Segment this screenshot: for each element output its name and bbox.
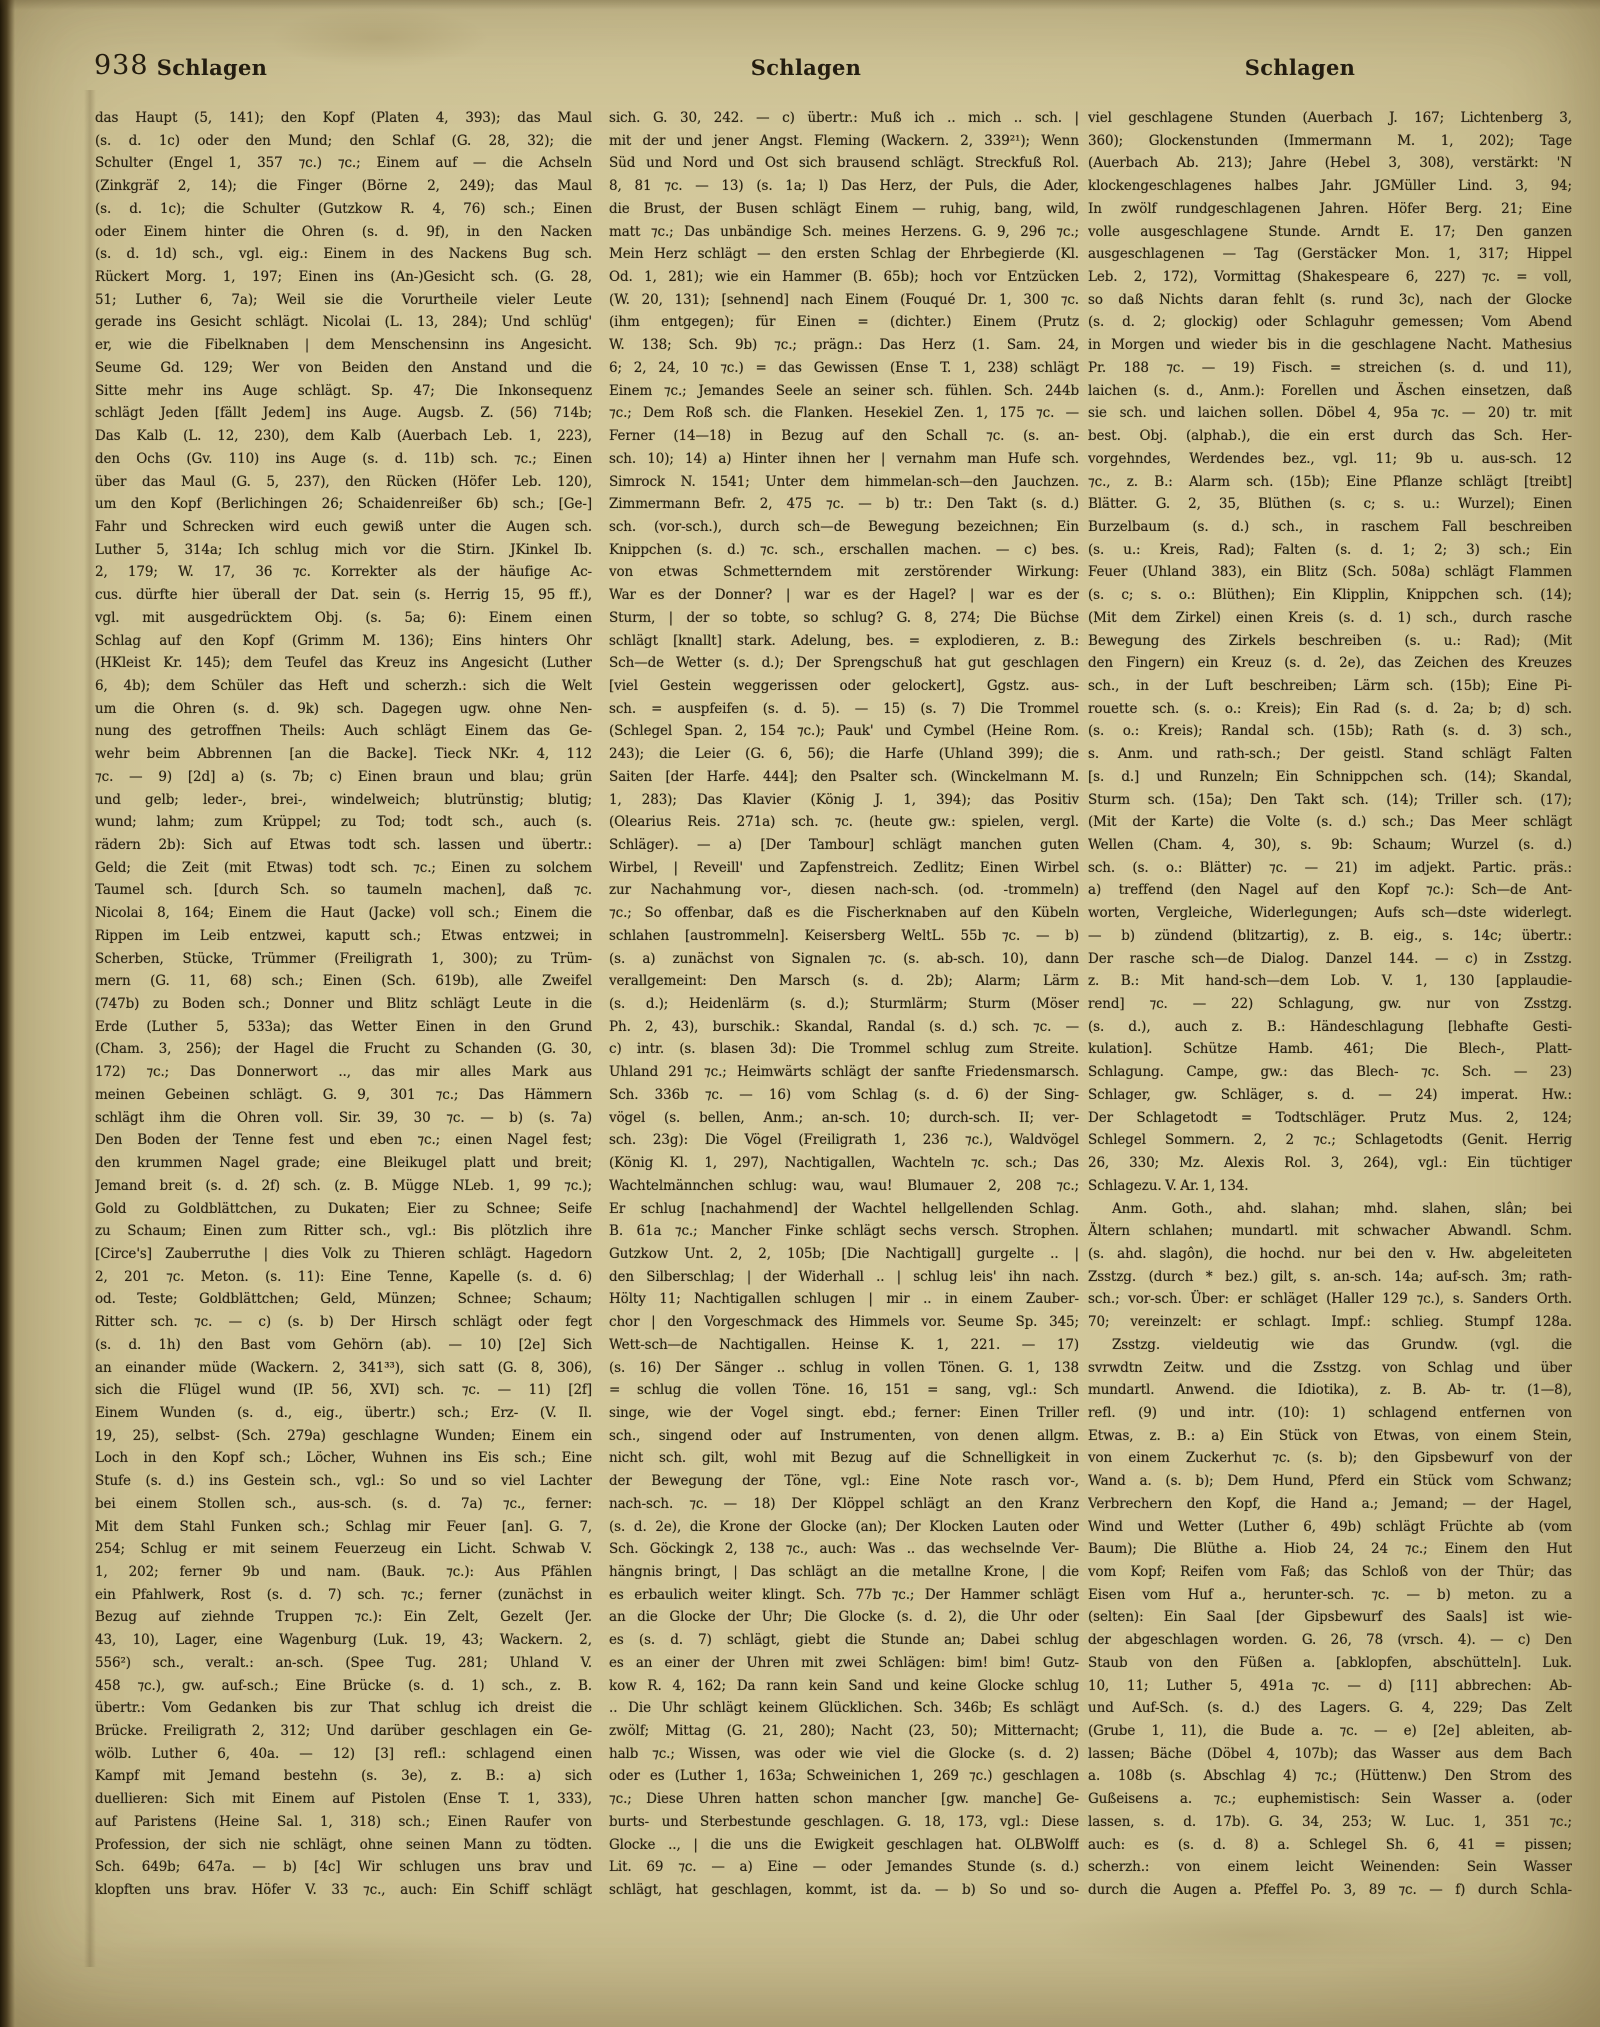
text-line: ⁊c.; Diese Uhren hatten schon mancher [g… — [609, 1788, 1079, 1811]
paper-stain — [60, 1930, 560, 1990]
text-line: singe, wie der Vogel singt. ebd.; ferner… — [609, 1402, 1079, 1425]
text-line: Baum); Die Blüthe a. Hiob 24, 24 ⁊c.; Ei… — [1088, 1538, 1572, 1561]
text-line: sch. 23g): Die Vögel (Freiligrath 1, 236… — [609, 1129, 1079, 1152]
text-line: vorgehndes, Werdendes bez., vgl. 11; 9b … — [1088, 448, 1572, 471]
scan-edge-shadow — [0, 0, 15, 2027]
text-line: (s. d.); Heidenlärm (s. d.); Sturmlärm; … — [609, 993, 1079, 1016]
text-line: Saiten [der Harfe. 444]; den Psalter sch… — [609, 766, 1079, 789]
text-line: die Brust, der Busen schlägt Einem — ruh… — [609, 198, 1079, 221]
text-line: Bezug auf ziehnde Truppen ⁊c.): Ein Zelt… — [95, 1606, 592, 1629]
text-line: (Cham. 3, 256); der Hagel die Frucht zu … — [95, 1038, 592, 1061]
text-line: verallgemeint: Den Marsch (s. d. 2b); Al… — [609, 970, 1079, 993]
text-line: Einem ⁊c.; Jemandes Seele an seiner sch.… — [609, 380, 1079, 403]
text-line: wehr beim Abbrennen [an die Backe]. Tiec… — [95, 743, 592, 766]
text-line: (Grube 1, 11), die Bude a. ⁊c. — e) [2e]… — [1088, 1720, 1572, 1743]
text-line: laichen (s. d., Anm.): Forellen und Äsch… — [1088, 380, 1572, 403]
text-line: Rückert Morg. 1, 197; Einen ins (An-)Ges… — [95, 266, 592, 289]
text-line: cus. dürfte hier überall der Dat. sein (… — [95, 584, 592, 607]
text-line: 243); die Leier (G. 6, 56); die Harfe (U… — [609, 743, 1079, 766]
text-line: ⁊c., z. B.: Alarm sch. (15b); Eine Pflan… — [1088, 471, 1572, 494]
text-line: durch die Augen a. Pfeffel Po. 3, 89 ⁊c.… — [1088, 1879, 1572, 1902]
text-line: Ritter sch. ⁊c. — c) (s. b) Der Hirsch s… — [95, 1311, 592, 1334]
text-line: 1, 202; ferner 9b und nam. (Bauk. ⁊c.): … — [95, 1561, 592, 1584]
text-line: Glocke .., | die uns die Ewigkeit geschl… — [609, 1834, 1079, 1857]
text-line: Einem Wunden (s. d., eig., übertr.) sch.… — [95, 1402, 592, 1425]
text-line: Fahr und Schrecken wird euch gewiß unter… — [95, 516, 592, 539]
text-line: klopften uns brav. Höfer V. 33 ⁊c., auch… — [95, 1879, 592, 1902]
text-line: oder es (Luther 1, 163a; Schweinichen 1,… — [609, 1765, 1079, 1788]
text-line: Luther 5, 314a; Ich schlug mich vor die … — [95, 539, 592, 562]
text-line: (s. a) zunächst von Signalen ⁊c. (s. ab-… — [609, 948, 1079, 971]
text-line: das Haupt (5, 141); den Kopf (Platen 4, … — [95, 107, 592, 130]
text-line: = schlug die vollen Töne. 16, 151 = sang… — [609, 1379, 1079, 1402]
text-line: Gutzkow Unt. 2, 2, 105b; [Die Nachtigall… — [609, 1243, 1079, 1266]
dictionary-page: 938 Schlagen Schlagen Schlagen das Haupt… — [0, 0, 1600, 2027]
text-line: meinen Gebeinen schlägt. G. 9, 301 ⁊c.; … — [95, 1084, 592, 1107]
text-line: auch: es (s. d. 8) a. Schlegel Sh. 6, 41… — [1088, 1834, 1572, 1857]
text-line: vgl. mit ausgedrücktem Obj. (s. 5a; 6): … — [95, 607, 592, 630]
text-line: s. Anm. und rath-sch.; Der geistl. Stand… — [1088, 743, 1572, 766]
text-line: Schlag auf den Kopf (Grimm M. 136); Eins… — [95, 630, 592, 653]
text-line: Er schlug [nachahmend] der Wachtel hellg… — [609, 1198, 1079, 1221]
text-line: vom Kopf; Reifen vom Faß; das Schloß von… — [1088, 1561, 1572, 1584]
text-line: (s. u.: Kreis, Rad); Falten (s. d. 1; 2;… — [1088, 539, 1572, 562]
text-line: von etwas Schmetterndem mit zerstörender… — [609, 561, 1079, 584]
text-line: War es der Donner? | war es der Hagel? |… — [609, 584, 1079, 607]
text-line: Hölty 11; Nachtigallen schlugen | mir ..… — [609, 1288, 1079, 1311]
text-line: über das Maul (G. 5, 237), den Rücken (H… — [95, 471, 592, 494]
text-line: Sturm sch. (15a); Den Takt sch. (14); Tr… — [1088, 789, 1572, 812]
text-line: Mit dem Stahl Funken sch.; Schlag mir Fe… — [95, 1516, 592, 1539]
scan-top-shadow — [0, 0, 1600, 10]
text-line: (Zinkgräf 2, 14); die Finger (Börne 2, 2… — [95, 175, 592, 198]
text-line: bei einem Stollen sch., aus-sch. (s. d. … — [95, 1493, 592, 1516]
text-line: Staub von den Füßen a. [abklopfen, absch… — [1088, 1652, 1572, 1675]
text-line: Der rasche sch—de Dialog. Danzel 144. — … — [1088, 948, 1572, 971]
text-line: lassen; Bäche (Döbel 4, 107b); das Wasse… — [1088, 1743, 1572, 1766]
text-line: 2, 201 ⁊c. Meton. (s. 11): Eine Tenne, K… — [95, 1266, 592, 1289]
text-line: es erbaulich weiter klingt. Sch. 77b ⁊c.… — [609, 1584, 1079, 1607]
text-line: sie sch. und laichen sollen. Döbel 4, 95… — [1088, 402, 1572, 425]
text-line: (s. d.), auch z. B.: Händeschlagung [leb… — [1088, 1016, 1572, 1039]
text-line: 19, 25), selbst- (Sch. 279a) geschlagne … — [95, 1425, 592, 1448]
text-line: — b) zündend (blitzartig), z. B. eig., s… — [1088, 925, 1572, 948]
text-line: 6; 2, 24, 10 ⁊c.) = das Gewissen (Ense T… — [609, 357, 1079, 380]
text-line: Seume Gd. 129; Wer von Beiden den Anstan… — [95, 357, 592, 380]
text-line: in Morgen und wieder bis in die geschlag… — [1088, 334, 1572, 357]
text-line: Etwas, z. B.: a) Ein Stück von Etwas, vo… — [1088, 1425, 1572, 1448]
text-line: schlägt, hat geschlagen, kommt, ist da. … — [609, 1879, 1079, 1902]
text-line: (s. ahd. slagôn), die hochd. nur bei den… — [1088, 1243, 1572, 1266]
text-line: Pr. 188 ⁊c. — 19) Fisch. = streichen (s.… — [1088, 357, 1572, 380]
text-line: an einander müde (Wackern. 2, 341³³), si… — [95, 1357, 592, 1380]
text-line: und Auf-Sch. (s. d.) des Lagers. G. 4, 2… — [1088, 1697, 1572, 1720]
text-line: wund; lahm; zum Krüppel; zu Tod; todt sc… — [95, 811, 592, 834]
text-line: (s. d. 1c); die Schulter (Gutzkow R. 4, … — [95, 198, 592, 221]
text-line: (s. o.: Kreis); Randal sch. (15b); Rath … — [1088, 720, 1572, 743]
text-line: Leb. 2, 172), Vormittag (Shakespeare 6, … — [1088, 266, 1572, 289]
text-line: klockengeschlagenes halbes Jahr. JGMülle… — [1088, 175, 1572, 198]
text-line: Sch. Göckingk 2, 138 ⁊c., auch: Was .. d… — [609, 1538, 1079, 1561]
text-line: (Schlegel Span. 2, 154 ⁊c.); Pauk' und C… — [609, 720, 1079, 743]
text-line: sich die Flügel wund (IP. 56, XVI) sch. … — [95, 1379, 592, 1402]
text-line: (ihm entgegen); für Einen = (dichter.) E… — [609, 311, 1079, 334]
text-line: (747b) zu Boden sch.; Donner und Blitz s… — [95, 993, 592, 1016]
text-line: 556²) sch., veralt.: an-sch. (Spee Tug. … — [95, 1652, 592, 1675]
text-line: In zwölf rundgeschlagenen Jahren. Höfer … — [1088, 198, 1572, 221]
text-line: ⁊c.; So offenbar, daß es die Fischerknab… — [609, 902, 1079, 925]
text-line: z. B.: Mit hand-sch—dem Lob. V. 1, 130 [… — [1088, 970, 1572, 993]
text-line: Den Boden der Tenne fest und eben ⁊c.; e… — [95, 1129, 592, 1152]
text-line: Uhland 291 ⁊c.; Heimwärts schlägt der sa… — [609, 1061, 1079, 1084]
text-line: sch. 10); 14) a) Hinter ihnen her | vern… — [609, 448, 1079, 471]
text-line: Gußeisens a. ⁊c.; euphemistisch: Sein Wa… — [1088, 1788, 1572, 1811]
text-line: kulation]. Schütze Hamb. 461; Die Blech-… — [1088, 1038, 1572, 1061]
text-line: Wand a. (s. b); Dem Hund, Pferd ein Stüc… — [1088, 1470, 1572, 1493]
text-line: sch. = auspfeifen (s. d. 5). — 15) (s. 7… — [609, 698, 1079, 721]
text-line: Schlagezu. V. Ar. 1, 134. — [1088, 1175, 1572, 1198]
text-line: den Ochs (Gv. 110) ins Auge (s. d. 11b) … — [95, 448, 592, 471]
text-line: 360); Glockenstunden (Immermann M. 1, 20… — [1088, 130, 1572, 153]
text-line: schlägt Jeden [fällt Jedem] ins Auge. Au… — [95, 402, 592, 425]
text-line: es (s. d. 7) schlägt, giebt die Stunde a… — [609, 1629, 1079, 1652]
text-line: um die Ohren (s. d. 9k) sch. Dagegen ugw… — [95, 698, 592, 721]
text-line: 26, 330; Mz. Alexis Rol. 3, 264), vgl.: … — [1088, 1152, 1572, 1175]
text-line: sch. (vor-sch.), durch sch—de Bewegung b… — [609, 516, 1079, 539]
text-line: mundartl. Anwend. die Idiotika), z. B. A… — [1088, 1379, 1572, 1402]
text-line: halb ⁊c.; Wissen, was oder wie viel die … — [609, 1743, 1079, 1766]
running-head-col2: Schlagen — [751, 55, 862, 80]
text-line: den Fingern) ein Kreuz (s. d. 2e), das Z… — [1088, 652, 1572, 675]
text-line: (s. d. 1d) sch., vgl. eig.: Einem in des… — [95, 243, 592, 266]
text-line: 43, 10), Lager, eine Wagenburg (Luk. 19,… — [95, 1629, 592, 1652]
text-line: der abgeschlagen worden. G. 26, 78 (vrsc… — [1088, 1629, 1572, 1652]
text-column-1: das Haupt (5, 141); den Kopf (Platen 4, … — [95, 107, 592, 1905]
text-line: a) treffend (den Nagel auf den Kopf ⁊c.)… — [1088, 879, 1572, 902]
text-line: (Auerbach Ab. 213); Jahre (Hebel 3, 308)… — [1088, 152, 1572, 175]
text-line: den krummen Nagel grade; eine Bleikugel … — [95, 1152, 592, 1175]
text-line: lassen, s. d. 17b). G. 34, 253; W. Luc. … — [1088, 1811, 1572, 1834]
text-line: Süd und Nord und Ost sich brausend schlä… — [609, 152, 1079, 175]
text-line: 458 ⁊c.), gw. auf-sch.; Eine Brücke (s. … — [95, 1675, 592, 1698]
text-line: Sturm, | der so tobte, so schlug? G. 8, … — [609, 607, 1079, 630]
text-line: sch.; vor-sch. Über: er schläget (Haller… — [1088, 1288, 1572, 1311]
text-line: worten, Vergleiche, Widerlegungen; Aufs … — [1088, 902, 1572, 925]
text-line: duellieren: Sich mit Einem auf Pistolen … — [95, 1788, 592, 1811]
text-column-3: viel geschlagene Stunden (Auerbach J. 16… — [1088, 107, 1572, 1905]
text-line: refl. (9) und intr. (10): 1) schlagend e… — [1088, 1402, 1572, 1425]
text-line: (Mit dem Zirkel) einen Kreis (s. d. 1) s… — [1088, 607, 1572, 630]
text-line: Wind und Wetter (Luther 6, 49b) schlägt … — [1088, 1516, 1572, 1539]
text-line: Schulter (Engel 1, 357 ⁊c.) ⁊c.; Einem a… — [95, 152, 592, 175]
text-line: Schlager, gw. Schläger, s. d. — 24) impe… — [1088, 1084, 1572, 1107]
text-line: (Olearius Reis. 271a) sch. ⁊c. (heute gw… — [609, 811, 1079, 834]
text-line: den Silberschlag; | der Widerhall .. | s… — [609, 1266, 1079, 1289]
text-line: Sch. 649b; 647a. — b) [4c] Wir schlugen … — [95, 1856, 592, 1879]
text-line: Rippen im Leib entzwei, kaputt sch.; Etw… — [95, 925, 592, 948]
text-line: ⁊c.; Dem Roß sch. die Flanken. Hesekiel … — [609, 402, 1079, 425]
text-line: Jemand breit (s. d. 2f) sch. (z. B. Mügg… — [95, 1175, 592, 1198]
text-line: so daß Nichts daran fehlt (s. rund 3c), … — [1088, 289, 1572, 312]
page-number: 938 — [94, 50, 149, 81]
text-line: Wirbel, | Reveill' und Zapfenstreich. Ze… — [609, 857, 1079, 880]
text-line: 10, 11; Luther 5, 491a ⁊c. — d) [11] abb… — [1088, 1675, 1572, 1698]
text-line: 51; Luther 6, 7a); Weil sie die Vorurthe… — [95, 289, 592, 312]
paper-stain — [1050, 1900, 1470, 1970]
text-line: Gold zu Goldblättchen, zu Dukaten; Eier … — [95, 1198, 592, 1221]
text-line: an die Glocke der Uhr; Die Glocke (s. d.… — [609, 1606, 1079, 1629]
text-line: der Bewegung der Töne, vgl.: Eine Note r… — [609, 1470, 1079, 1493]
text-line: hängnis bringt, | Das schlägt an die met… — [609, 1561, 1079, 1584]
text-line: kow R. 4, 162; Da rann kein Sand und kei… — [609, 1675, 1079, 1698]
text-line: Od. 1, 281); wie ein Hammer (B. 65b); ho… — [609, 266, 1079, 289]
text-line: zwölf; Mittag (G. 21, 280); Nacht (23, 5… — [609, 1720, 1079, 1743]
text-line: Blätter. G. 2, 35, Blüthen (s. c; s. u.:… — [1088, 493, 1572, 516]
running-head-col3: Schlagen — [1245, 55, 1356, 80]
text-line: (s. d. 1c) oder den Mund; den Schlaf (G.… — [95, 130, 592, 153]
text-line: wölb. Luther 6, 40a. — 12) [3] refl.: sc… — [95, 1743, 592, 1766]
text-line: von einem Zuckerhut ⁊c. (s. b); den Gips… — [1088, 1447, 1572, 1470]
text-line: Der Schlagetodt = Todtschläger. Prutz Mu… — [1088, 1107, 1572, 1130]
text-line: nicht sch. gilt, wohl mit Bezug auf die … — [609, 1447, 1079, 1470]
text-line: schlägt [knallt] stark. Adelung, bes. = … — [609, 630, 1079, 653]
text-line: 254; Schlug er mit seinem Feuerzeug ein … — [95, 1538, 592, 1561]
text-line: Zsstzg. (durch * bez.) gilt, s. an-sch. … — [1088, 1266, 1572, 1289]
text-line: mit der und jener Angst. Fleming (Wacker… — [609, 130, 1079, 153]
text-line: od. Teste; Goldblättchen; Geld, Münzen; … — [95, 1288, 592, 1311]
text-line: 2, 179; W. 17, 36 ⁊c. Korrekter als der … — [95, 561, 592, 584]
text-line: Simrock N. 1541; Unter dem himmelan-sch—… — [609, 471, 1079, 494]
text-line: rädern 2b): Sich auf Etwas todt sch. las… — [95, 834, 592, 857]
text-line: Das Kalb (L. 12, 230), dem Kalb (Auerbac… — [95, 425, 592, 448]
text-line: Wett-sch—de Nachtigallen. Heinse K. 1, 2… — [609, 1334, 1079, 1357]
text-line: svrwdtn Zeitw. und die Zsstzg. von Schla… — [1088, 1357, 1572, 1380]
text-line: chor | den Vorgeschmack des Himmels vor.… — [609, 1311, 1079, 1334]
text-line: Kampf mit Jemand bestehn (s. 3e), z. B.:… — [95, 1765, 592, 1788]
text-line: Schlagung. Campe, gw.: das Blech- ⁊c. Sc… — [1088, 1061, 1572, 1084]
text-line: Zsstzg. vieldeutig wie das Grundw. (vgl.… — [1088, 1334, 1572, 1357]
text-line: (Mit der Karte) die Volte (s. d.) sch.; … — [1088, 811, 1572, 834]
text-line: [viel Gestein weggerissen oder gelockert… — [609, 675, 1079, 698]
text-line: scherzh.: von einem leicht Weinenden: Se… — [1088, 1856, 1572, 1879]
text-line: Verbrechern den Kopf, die Hand a.; Jeman… — [1088, 1493, 1572, 1516]
text-line: W. 138; Sch. 9b) ⁊c.; prägn.: Das Herz (… — [609, 334, 1079, 357]
text-line: .. Die Uhr schlägt keinem Glücklichen. S… — [609, 1697, 1079, 1720]
text-line: Wachtelmännchen schlug: wau, wau! Blumau… — [609, 1175, 1079, 1198]
text-line: auf Paristens (Heine Sal. 1, 318) sch.; … — [95, 1811, 592, 1834]
text-line: sch., in der Luft beschreiben; Lärm sch.… — [1088, 675, 1572, 698]
text-line: (s. 16) Der Sänger .. schlug in vollen T… — [609, 1357, 1079, 1380]
text-line: best. Obj. (alphab.), die ein erst durch… — [1088, 425, 1572, 448]
text-line: Sch. 336b ⁊c. — 16) vom Schlag (s. d. 6)… — [609, 1084, 1079, 1107]
text-line: Bewegung des Zirkels beschreiben (s. u.:… — [1088, 630, 1572, 653]
text-line: sich. G. 30, 242. — c) übertr.: Muß ich … — [609, 107, 1079, 130]
text-line: viel geschlagene Stunden (Auerbach J. 16… — [1088, 107, 1572, 130]
text-line: Geld; die Zeit (mit Etwas) todt sch. ⁊c.… — [95, 857, 592, 880]
text-line: Eisen vom Huf a., herunter-sch. ⁊c. — b)… — [1088, 1584, 1572, 1607]
text-line: Wellen (Cham. 4, 30), s. 9b: Schaum; Wur… — [1088, 834, 1572, 857]
text-line: nach-sch. ⁊c. — 18) Der Klöppel schlägt … — [609, 1493, 1079, 1516]
text-line: schlahen [austrommeln]. Keisersberg Welt… — [609, 925, 1079, 948]
text-line: 70; vereinzelt: er schlagt. Impf.: schli… — [1088, 1311, 1572, 1334]
text-line: c) intr. (s. blasen 3d): Die Trommel sch… — [609, 1038, 1079, 1061]
text-line: Sitte mehr ins Auge schlägt. Sp. 47; Die… — [95, 380, 592, 403]
text-line: vögel (s. bellen, Anm.; an-sch. 10; durc… — [609, 1107, 1079, 1130]
text-line: ⁊c. — 9) [2d] a) (s. 7b; c) Einen braun … — [95, 766, 592, 789]
text-line: Stufe (s. d.) ins Gestein sch., vgl.: So… — [95, 1470, 592, 1493]
text-line: Anm. Goth., ahd. slahan; mhd. slahen, sl… — [1088, 1198, 1572, 1221]
text-line: sch., singend oder auf Instrumenten, von… — [609, 1425, 1079, 1448]
text-line: Scherben, Stücke, Trümmer (Freiligrath 1… — [95, 948, 592, 971]
text-line: Sch—de Wetter (s. d.); Der Sprengschuß h… — [609, 652, 1079, 675]
text-line: 6, 4b); dem Schüler das Heft und scherzh… — [95, 675, 592, 698]
text-line: um den Kopf (Berlichingen 26; Schaidenre… — [95, 493, 592, 516]
text-line: Knippchen (s. d.) ⁊c. sch., erschallen m… — [609, 539, 1079, 562]
text-line: oder Einem hinter die Ohren (s. d. 9f), … — [95, 221, 592, 244]
text-line: und gelb; leder-, brei-, windelweich; bl… — [95, 789, 592, 812]
text-line: ein Pfahlwerk, Rost (s. d. 7) sch. ⁊c.; … — [95, 1584, 592, 1607]
text-line: [s. d.] und Runzeln; Ein Schnippchen sch… — [1088, 766, 1572, 789]
text-line: er, wie die Fibelknaben | dem Menschensi… — [95, 334, 592, 357]
text-line: 8, 81 ⁊c. — 13) (s. 1a; l) Das Herz, der… — [609, 175, 1079, 198]
text-line: übertr.: Vom Gedanken bis zur That schlu… — [95, 1697, 592, 1720]
text-line: nung des getroffnen Theils: Auch schlägt… — [95, 720, 592, 743]
text-line: ausgeschlagenen — Tag (Gerstäcker Mon. 1… — [1088, 243, 1572, 266]
text-line: zur Nachahmung vor-, diesen nach-sch. (o… — [609, 879, 1079, 902]
text-line: Schläger). — a) [Der Tambour] schlägt ma… — [609, 834, 1079, 857]
text-line: (s. c; s. o.: Blüthen); Ein Klipplin, Kn… — [1088, 584, 1572, 607]
text-line: (W. 20, 131); [sehnend] nach Einem (Fouq… — [609, 289, 1079, 312]
text-line: 172) ⁊c.; Das Donnerwort .., das mir all… — [95, 1061, 592, 1084]
text-line: Zimmermann Befr. 2, 475 ⁊c. — b) tr.: De… — [609, 493, 1079, 516]
text-line: schlägt ihm die Ohren voll. Sir. 39, 30 … — [95, 1107, 592, 1130]
text-line: matt ⁊c.; Das unbändige Sch. meines Herz… — [609, 221, 1079, 244]
text-line: (König Kl. 1, 297), Nachtigallen, Wachte… — [609, 1152, 1079, 1175]
text-line: es an einer der Uhren mit zwei Schlägen:… — [609, 1652, 1079, 1675]
text-line: Taumel sch. [durch Sch. so taumeln mache… — [95, 879, 592, 902]
text-line: Lit. 69 ⁊c. — a) Eine — oder Jemandes St… — [609, 1856, 1079, 1879]
text-line: mern (G. 11, 68) sch.; Einen (Sch. 619b)… — [95, 970, 592, 993]
text-line: rouette sch. (s. o.: Kreis); Ein Rad (s.… — [1088, 698, 1572, 721]
text-line: (s. d. 2; glockig) oder Schlaguhr gemess… — [1088, 311, 1572, 334]
text-line: (s. d. 1h) den Bast vom Gehörn (ab). — 1… — [95, 1334, 592, 1357]
text-line: rend] ⁊c. — 22) Schlagung, gw. nur von Z… — [1088, 993, 1572, 1016]
text-column-2: sich. G. 30, 242. — c) übertr.: Muß ich … — [609, 107, 1079, 1905]
text-line: volle ausgeschlagene Stunde. Arndt E. 17… — [1088, 221, 1572, 244]
text-line: (s. d. 2e), die Krone der Glocke (an); D… — [609, 1516, 1079, 1539]
text-line: (HKleist Kr. 145); dem Teufel das Kreuz … — [95, 652, 592, 675]
text-line: B. 61a ⁊c.; Mancher Finke schlägt sechs … — [609, 1220, 1079, 1243]
text-line: Ferner (14—18) in Bezug auf den Schall ⁊… — [609, 425, 1079, 448]
text-line: Loch in den Kopf sch.; Löcher, Wuhnen in… — [95, 1447, 592, 1470]
text-line: sch. (s. o.: Blätter) ⁊c. — 21) im adjek… — [1088, 857, 1572, 880]
text-line: Burzelbaum (s. d.) sch., in raschem Fall… — [1088, 516, 1572, 539]
text-line: gerade ins Gesicht schlägt. Nicolai (L. … — [95, 311, 592, 334]
text-line: Nicolai 8, 164; Einem die Haut (Jacke) v… — [95, 902, 592, 925]
text-line: Profession, der sich nie schlägt, ohne s… — [95, 1834, 592, 1857]
text-line: Ältern schlahen; mundartl. mit schwacher… — [1088, 1220, 1572, 1243]
text-line: (selten): Ein Saal [der Gipsbewurf des S… — [1088, 1606, 1572, 1629]
text-line: 1, 283); Das Klavier (König J. 1, 394); … — [609, 789, 1079, 812]
running-head-col1: Schlagen — [157, 55, 268, 80]
text-line: Erde (Luther 5, 533a); das Wetter Einen … — [95, 1016, 592, 1039]
text-line: Brücke. Freiligrath 2, 312; Und darüber … — [95, 1720, 592, 1743]
text-line: Ph. 2, 43), burschik.: Skandal, Randal (… — [609, 1016, 1079, 1039]
text-line: zu Schaum; Einen zum Ritter sch., vgl.: … — [95, 1220, 592, 1243]
text-line: Feuer (Uhland 383), ein Blitz (Sch. 508a… — [1088, 561, 1572, 584]
paper-stain — [270, 8, 490, 68]
text-line: burts- und Sterbestunde geschlagen. G. 1… — [609, 1811, 1079, 1834]
text-line: Schlegel Sommern. 2, 2 ⁊c.; Schlagetodts… — [1088, 1129, 1572, 1152]
text-line: [Circe's] Zauberruthe | dies Volk zu Thi… — [95, 1243, 592, 1266]
text-line: a. 108b (s. Abschlag 4) ⁊c.; (Hüttenw.) … — [1088, 1765, 1572, 1788]
text-line: Mein Herz schlägt — den ersten Schlag de… — [609, 243, 1079, 266]
